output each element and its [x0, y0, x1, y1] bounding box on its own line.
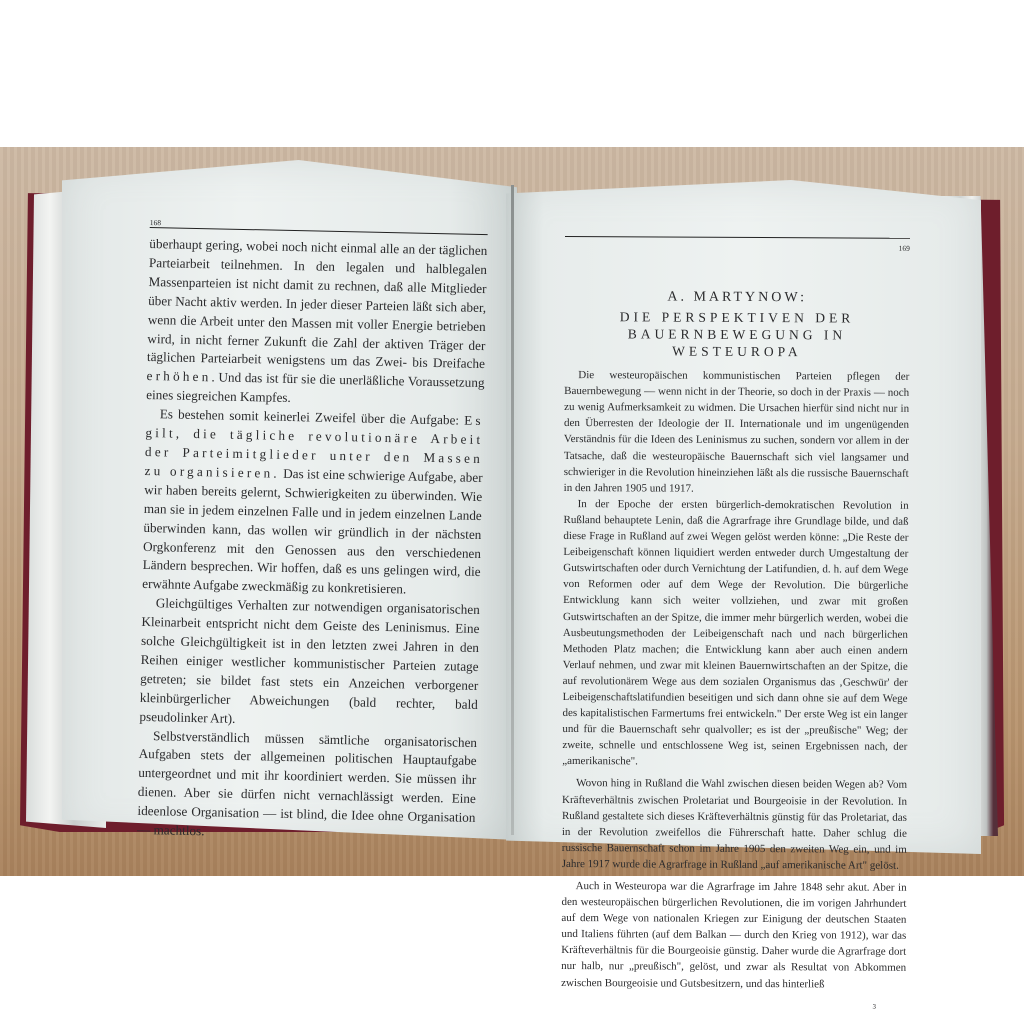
chapter-title-line: DIE PERSPEKTIVEN DER	[565, 308, 910, 327]
paragraph: Die westeuropäischen kommunistischen Par…	[564, 367, 910, 498]
right-running-head: 169	[565, 236, 910, 251]
left-page-content: 168 überhaupt gering, wobei noch nicht e…	[137, 214, 488, 847]
chapter-heading: A. MARTYNOW: DIE PERSPEKTIVEN DER BAUERN…	[564, 289, 909, 361]
paragraph: In der Epoche der ersten bürgerlich-demo…	[562, 496, 908, 771]
paragraph: Gleichgültiges Verhalten zur notwendigen…	[139, 594, 480, 733]
paragraph: Es bestehen somit keinerlei Zweifel über…	[142, 405, 484, 601]
paragraph: Wovon hing in Rußland die Wahl zwischen …	[562, 775, 908, 873]
signature-mark: 3	[561, 997, 906, 1015]
right-page-content: 169 A. MARTYNOW: DIE PERSPEKTIVEN DER BA…	[561, 236, 910, 1015]
page-number: 169	[899, 241, 910, 251]
page-number: 168	[150, 214, 161, 224]
paragraph: Auch in Westeuropa war die Agrarfrage im…	[561, 878, 907, 992]
paragraph: Selbstverständlich müssen sämtliche orga…	[137, 726, 477, 846]
paragraph: überhaupt gering, wobei noch nicht einma…	[146, 235, 487, 412]
chapter-author: A. MARTYNOW:	[565, 289, 910, 307]
book-gutter	[511, 185, 514, 835]
chapter-title-line: BAUERNBEWEGUNG IN WESTEUROPA	[564, 325, 909, 361]
